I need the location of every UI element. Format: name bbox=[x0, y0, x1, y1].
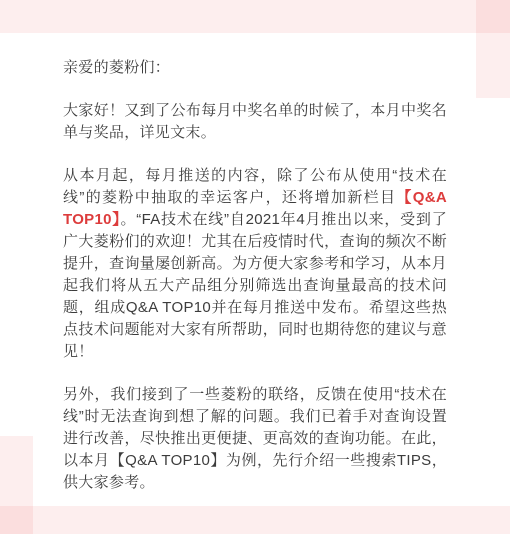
paragraph-new-column: 从本月起，每月推送的内容，除了公布从使用“技术在线”的菱粉中抽取的幸运客户，还将… bbox=[63, 165, 447, 363]
salutation-line: 亲爱的菱粉们： bbox=[63, 57, 447, 79]
article-body: 亲爱的菱粉们： 大家好！又到了公布每月中奖名单的时候了，本月中奖名单与奖品，详见… bbox=[63, 57, 447, 515]
top-accent-band bbox=[0, 0, 510, 33]
new-column-text-before: 从本月起，每月推送的内容，除了公布从使用“技术在线”的菱粉中抽取的幸运客户，还将… bbox=[63, 167, 447, 206]
paragraph-search-tips: 另外，我们接到了一些菱粉的联络，反馈在使用“技术在线”时无法查询到想了解的问题。… bbox=[63, 384, 447, 494]
newsletter-page: 亲爱的菱粉们： 大家好！又到了公布每月中奖名单的时候了，本月中奖名单与奖品，详见… bbox=[0, 0, 510, 534]
new-column-text-after: 。“FA技术在线”自2021年4月推出以来，受到了广大菱粉们的欢迎！尤其在后疫情… bbox=[63, 211, 447, 360]
paragraph-prize-announcement: 大家好！又到了公布每月中奖名单的时候了，本月中奖名单与奖品，详见文末。 bbox=[63, 100, 447, 144]
top-right-accent-strip bbox=[476, 0, 510, 98]
